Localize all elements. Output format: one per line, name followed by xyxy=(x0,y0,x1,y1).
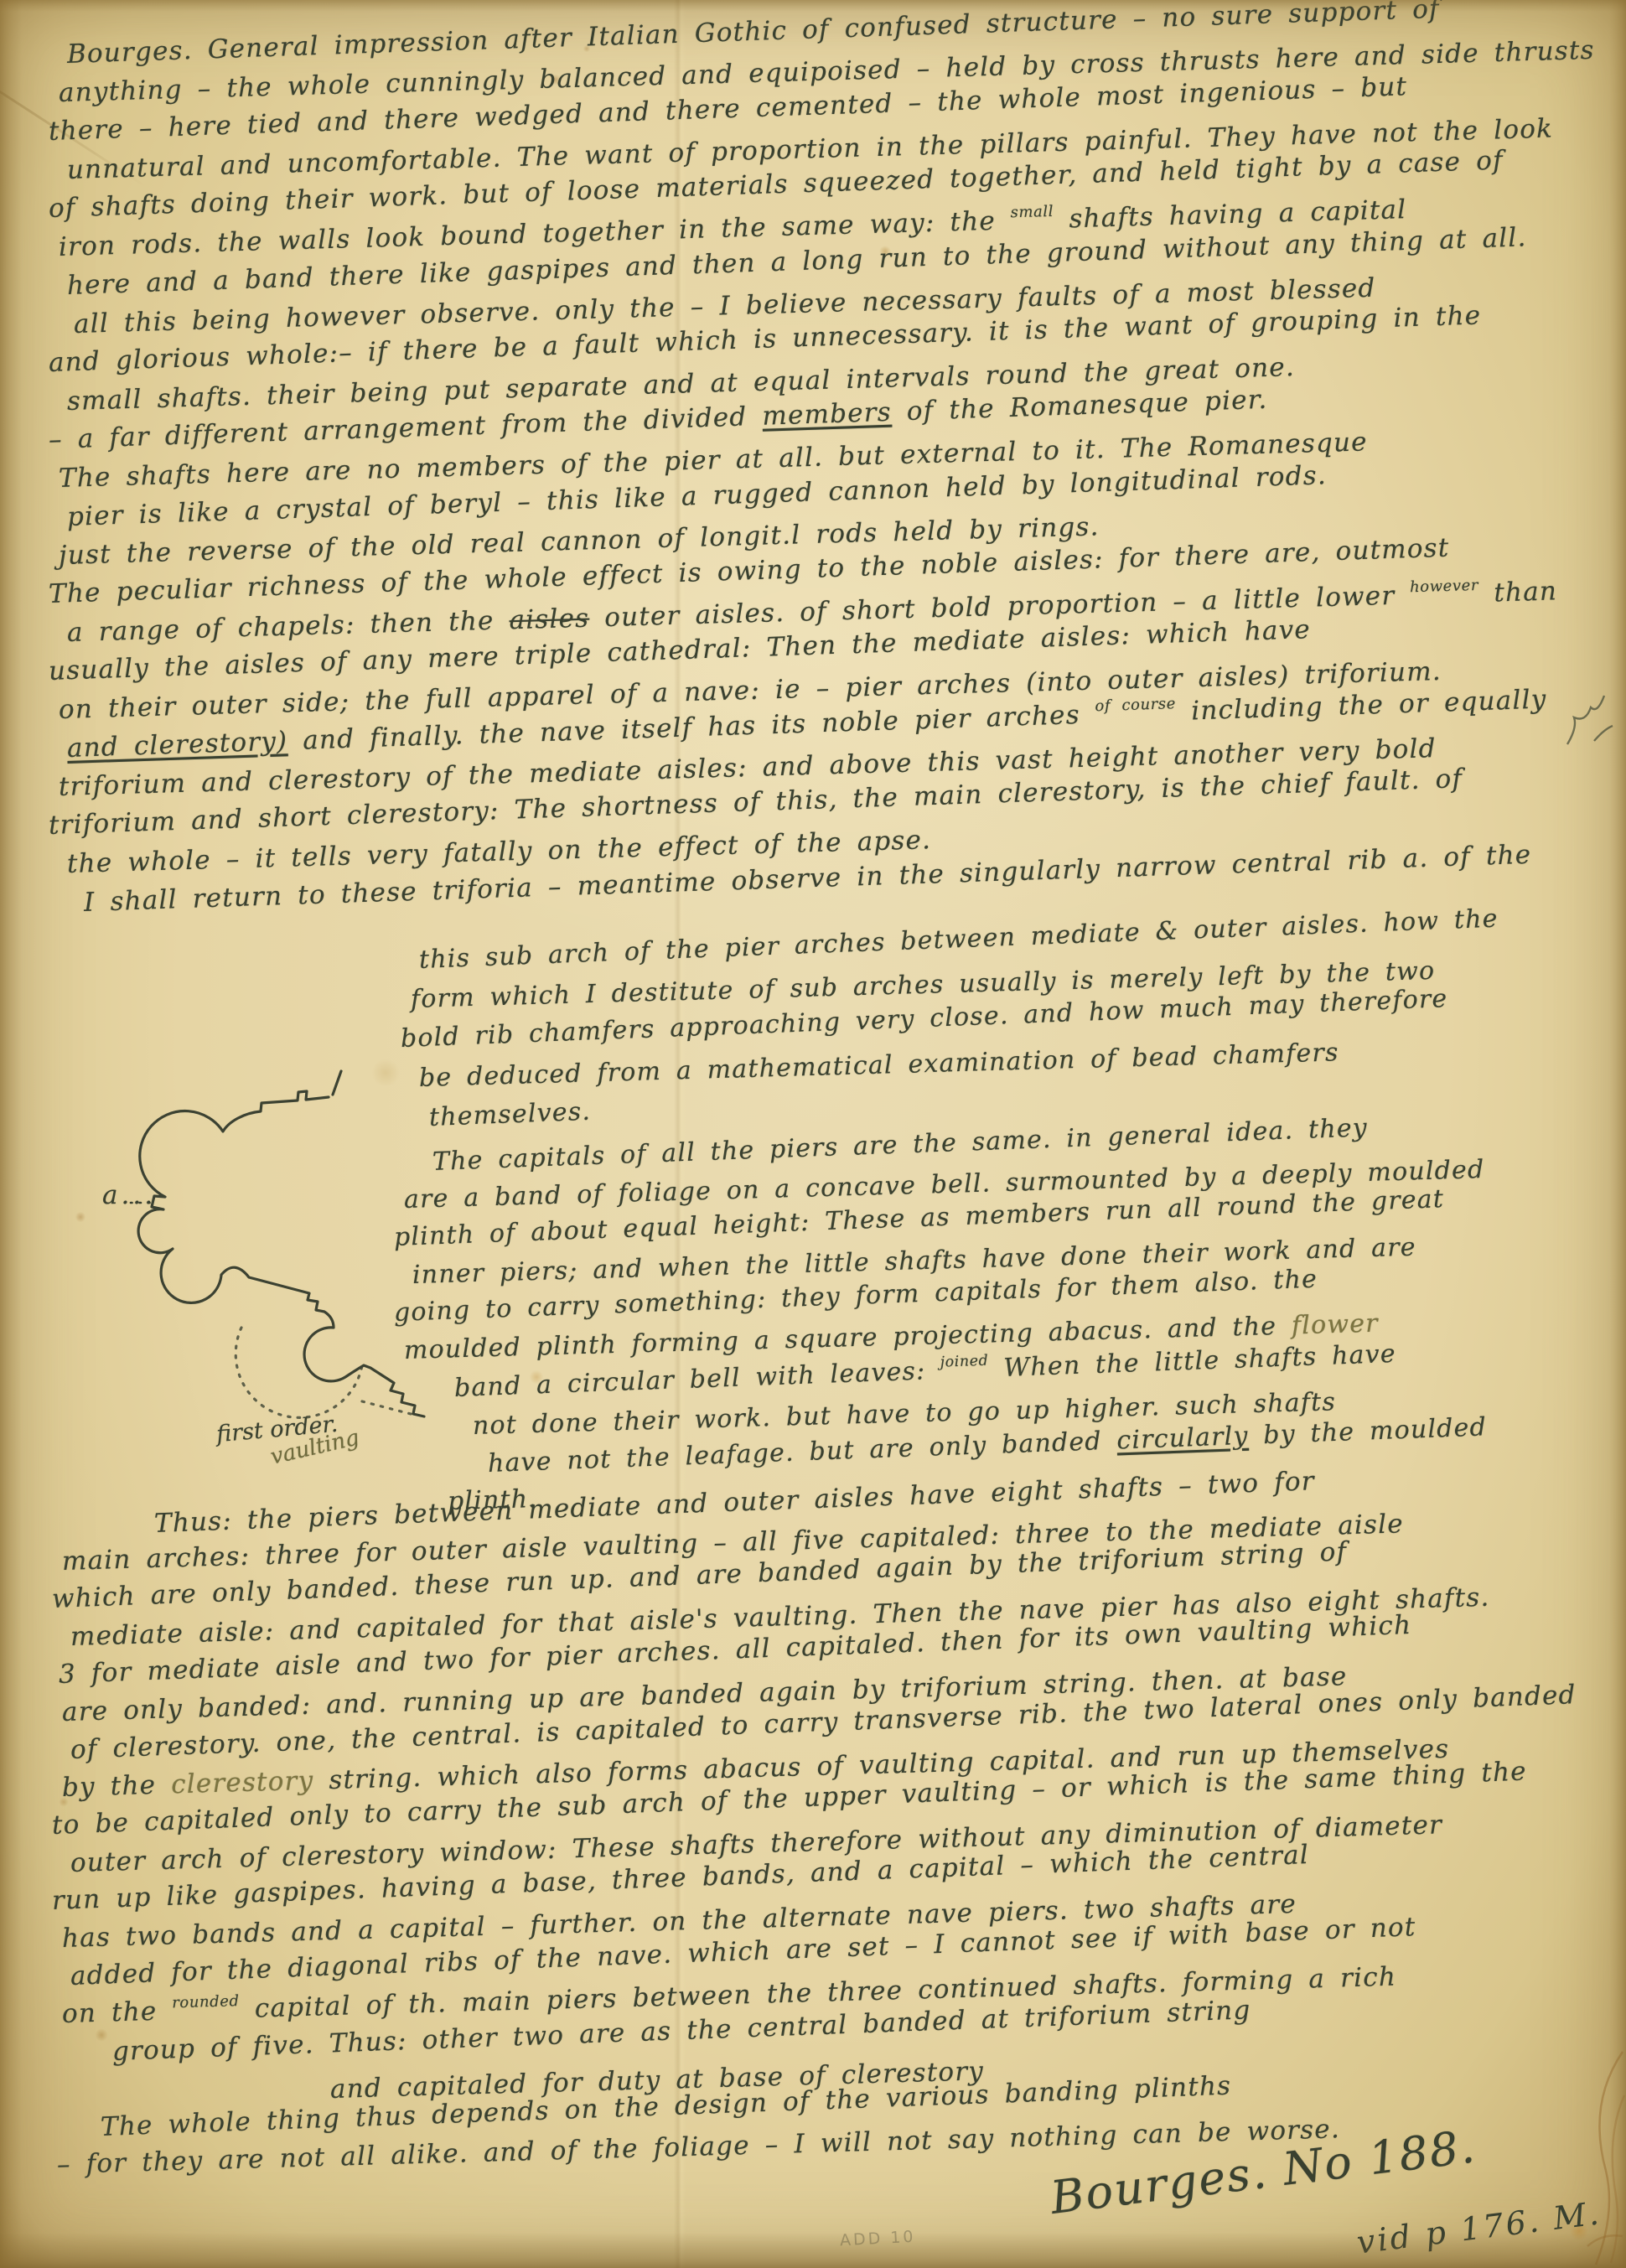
sketch-tick xyxy=(333,1071,341,1095)
archive-mark: ADD 10 xyxy=(839,2228,916,2250)
paragraph-opening: Bourges. General impression after Italia… xyxy=(49,35,1624,922)
pier-section-sketch xyxy=(50,1049,436,1468)
sketch-profile xyxy=(138,1091,424,1416)
margin-squiggle xyxy=(1561,686,1619,753)
sketch-label-a: a... xyxy=(102,1180,156,1210)
paragraph-shafts: Thus: the piers between mediate and oute… xyxy=(52,1505,1619,2184)
sketch-dashed-shaft xyxy=(236,1328,362,1417)
manuscript-page: Bourges. General impression after Italia… xyxy=(0,0,1626,2268)
